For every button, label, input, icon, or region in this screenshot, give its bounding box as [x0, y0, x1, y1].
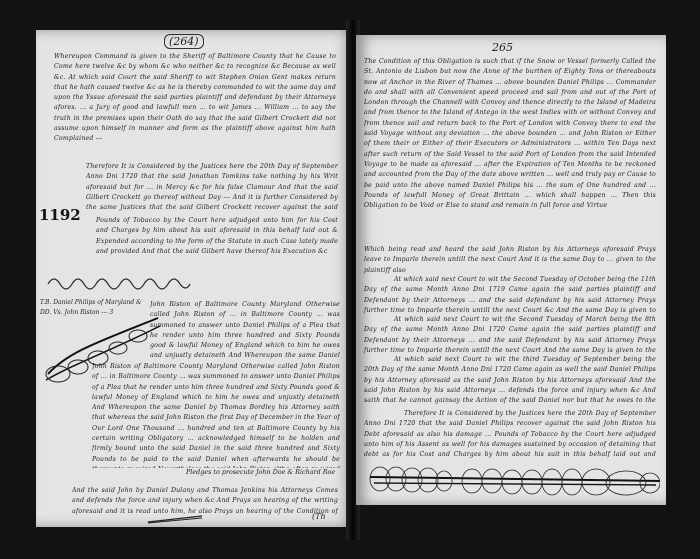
paragraph-imparle: Which being read and heard the said John…	[364, 245, 656, 275]
paragraph-condition: The Condition of this Obligation is such…	[364, 57, 656, 245]
wavy-divider-flourish	[46, 274, 196, 294]
underline-flourish	[146, 514, 206, 524]
paragraph-september-court: At which said next Court to wit the thir…	[364, 355, 656, 407]
left-page: (264) Whereupon Command is given to the …	[36, 30, 354, 527]
catchword: (Th	[312, 512, 326, 521]
marginal-case-number: 1192	[39, 206, 81, 224]
paragraph-declaration: John Riston of Baltimore County Maryland…	[92, 362, 340, 468]
paragraph-therefore: Therefore It is Considered by the Justic…	[86, 162, 338, 214]
paragraph-costs: Pounds of Tobacco by the Court here adju…	[96, 216, 338, 260]
case-heading-plaintiff: T.B. Daniel Philips of Maryland &	[40, 298, 160, 307]
paragraph-summons: John Riston of Baltimore County Maryland…	[150, 300, 340, 362]
paragraph-judgment: Therefore It is Considered by the Justic…	[364, 409, 656, 461]
closing-flourish	[360, 461, 660, 497]
paragraph-whereupon: Whereupon Command is given to the Sherif…	[54, 52, 336, 156]
document-scan: (264) Whereupon Command is given to the …	[0, 0, 700, 559]
page-number-left: (264)	[164, 34, 204, 49]
page-number-right: 265	[492, 41, 513, 54]
right-page: 265 The Condition of this Obligation is …	[356, 35, 666, 505]
paragraph-march-court: At which said next Court to wit the Seco…	[364, 315, 656, 355]
paragraph-october-court: At which said next Court to wit the Seco…	[364, 275, 656, 315]
pledges-line: Pledges to prosecute John Doe & Richard …	[186, 468, 335, 476]
